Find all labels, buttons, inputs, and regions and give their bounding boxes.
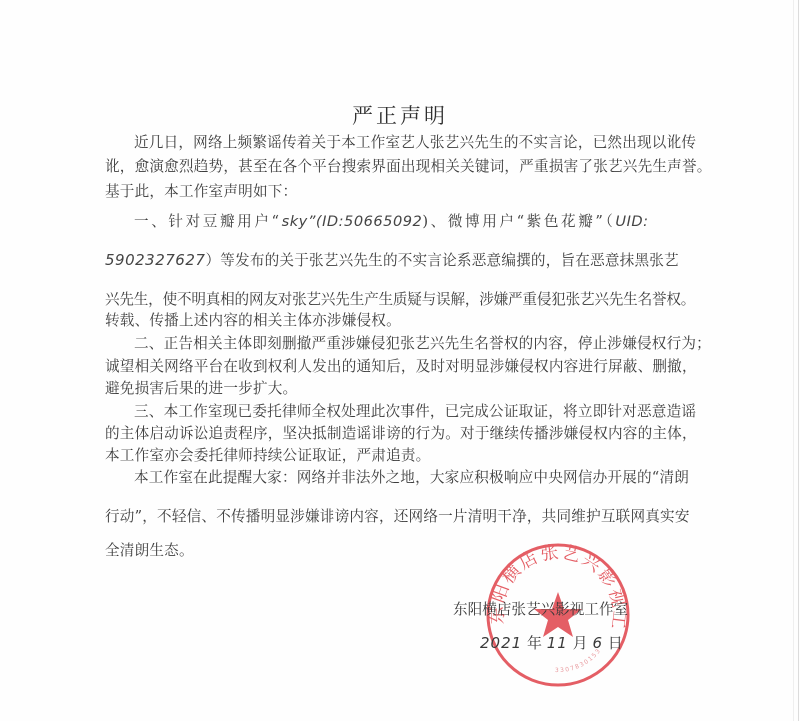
intro-line-1: 近几日，网络上频繁谣传着关于本工作室艺人张艺兴先生的不实言论，已然出现以讹传 bbox=[134, 131, 696, 152]
date-month-suffix: 月 bbox=[573, 634, 588, 652]
document-title: 严正声明 bbox=[0, 100, 800, 130]
item2-line-2: 诚望相关网络平台在收到权利人发出的通知后，及时对明显涉嫌侵权内容进行屏蔽、删撤， bbox=[105, 355, 697, 376]
reminder-line-2: 行动”，不轻信、不传播明显涉嫌诽谤内容，还网络一片清明干净，共同维护互联网真实安 bbox=[105, 505, 690, 526]
intro-line-2: 讹，愈演愈烈趋势，甚至在各个平台搜索界面出现相关关键词，严重损害了张艺兴先生声誉… bbox=[105, 155, 712, 176]
item1-line-1: 一、针对豆瓣用户“sky”(ID:50665092)、微博用户“紫色花瓣”（UI… bbox=[134, 210, 649, 231]
item3-line-1: 三、本工作室现已委托律师全权处理此次事件，已完成公证取证，将立即针对恶意造谣 bbox=[134, 400, 696, 421]
signature-date: 2021 年 11 月 6 日 bbox=[480, 632, 623, 653]
item3-line-3: 本工作室亦会委托律师持续公证取证，严肃追责。 bbox=[105, 444, 430, 465]
weibo-user-text: )、微博用户“紫色花瓣”（ bbox=[422, 213, 615, 230]
reminder-line-1: 本工作室在此提醒大家：网络并非法外之地，大家应积极响应中央网信办开展的“清朗 bbox=[134, 466, 689, 487]
date-day-suffix: 日 bbox=[608, 634, 623, 652]
intro-line-3: 基于此，本工作室声明如下： bbox=[105, 180, 297, 201]
date-day: 6 bbox=[592, 634, 603, 652]
item1-line-4: 转载、传播上述内容的相关主体亦涉嫌侵权。 bbox=[105, 309, 401, 330]
douban-id: 50665092 bbox=[344, 213, 422, 230]
item2-line-1: 二、正告相关主体即刻删撤严重涉嫌侵犯张艺兴先生名誉权的内容，停止涉嫌侵权行为； bbox=[134, 332, 711, 353]
date-month: 11 bbox=[547, 634, 568, 652]
date-year-suffix: 年 bbox=[527, 634, 542, 652]
douban-id-label: ”(ID: bbox=[308, 213, 344, 230]
item3-line-2: 的主体启动诉讼追责程序，坚决抵制造谣诽谤的行为。对于继续传播涉嫌侵权内容的主体， bbox=[105, 422, 697, 443]
item1-line-2: 5902327627）等发布的关于张艺兴先生的不实言论系恶意编撰的，旨在恶意抹黑… bbox=[105, 249, 679, 270]
uid-label: UID: bbox=[615, 213, 648, 230]
statement-page: 严正声明 近几日，网络上频繁谣传着关于本工作室艺人张艺兴先生的不实言论，已然出现… bbox=[0, 0, 800, 721]
item1-line-2-rest: ）等发布的关于张艺兴先生的不实言论系恶意编撰的，旨在恶意抹黑张艺 bbox=[205, 252, 678, 269]
item1-prefix: 一、针对豆瓣用户“ bbox=[134, 213, 282, 230]
douban-username: sky bbox=[282, 213, 308, 230]
date-year: 2021 bbox=[480, 634, 522, 652]
signature-org: 东阳横店张艺兴影视工作室 bbox=[453, 598, 628, 619]
item1-line-3: 兴先生，使不明真相的网友对张艺兴先生产生质疑与误解，涉嫌严重侵犯张艺兴先生名誉权… bbox=[105, 288, 695, 309]
weibo-uid: 5902327627 bbox=[105, 251, 205, 269]
item2-line-3: 避免损害后果的进一步扩大。 bbox=[105, 377, 297, 398]
reminder-line-3: 全清朗生态。 bbox=[105, 539, 194, 560]
